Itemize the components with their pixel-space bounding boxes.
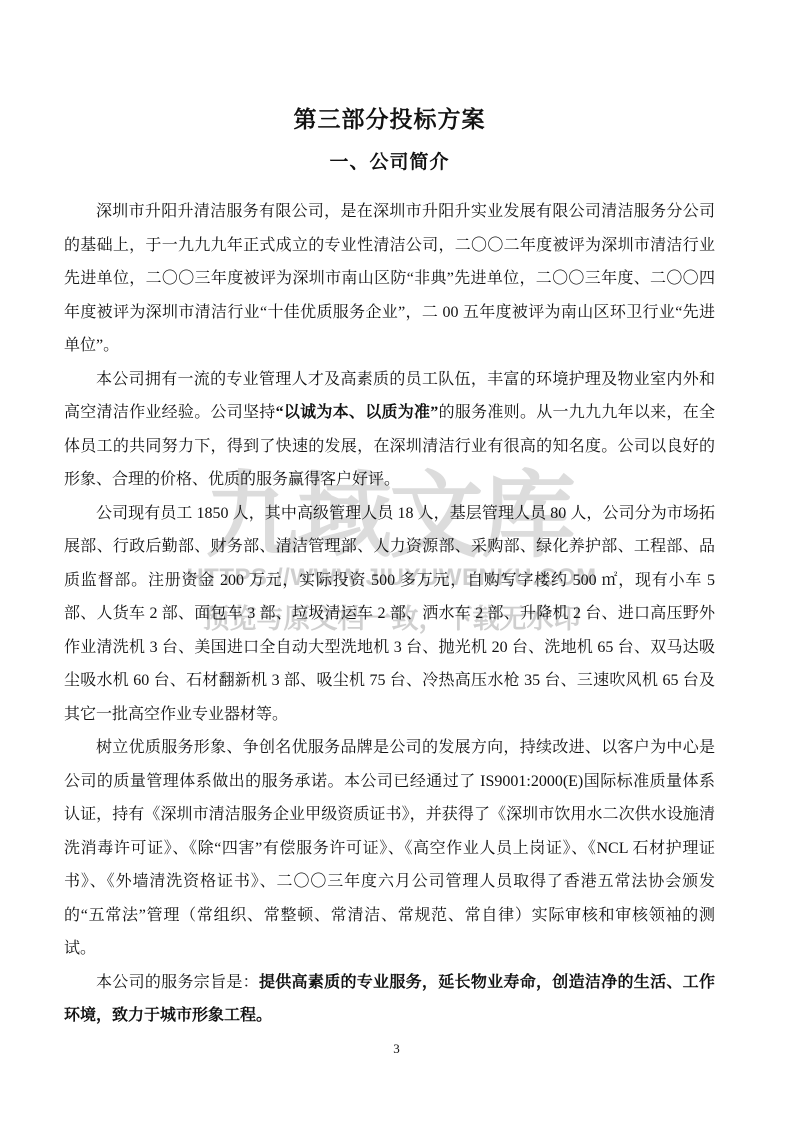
- paragraph: 树立优质服务形象、争创名优服务品牌是公司的发展方向，持续改进、以客户为中心是公司…: [64, 731, 715, 966]
- paragraph: 深圳市升阳升清洁服务有限公司，是在深圳市升阳升实业发展有限公司清洁服务分公司的基…: [64, 195, 715, 363]
- paragraph-run-bold: “以诚为本、以质为准”: [276, 404, 439, 421]
- paragraph: 本公司拥有一流的专业管理人才及高素质的员工队伍，丰富的环境护理及物业室内外和高空…: [64, 363, 715, 497]
- section-heading: 一、公司简介: [64, 151, 715, 175]
- paragraph-run: 本公司的服务宗旨是：: [96, 974, 259, 991]
- page-title: 第三部分投标方案: [64, 106, 715, 134]
- paragraph-run: 公司现有员工 1850 人，其中高级管理人员 18 人，基层管理人员 80 人，…: [64, 505, 715, 723]
- document-content: 第三部分投标方案 一、公司简介 深圳市升阳升清洁服务有限公司，是在深圳市升阳升实…: [64, 0, 715, 1033]
- paragraph: 本公司的服务宗旨是：提供高素质的专业服务，延长物业寿命，创造洁净的生活、工作环境…: [64, 966, 715, 1033]
- paragraphs: 深圳市升阳升清洁服务有限公司，是在深圳市升阳升实业发展有限公司清洁服务分公司的基…: [64, 195, 715, 1033]
- document-page: 九域文库 HTTPS://WWW.JIUYUWENKU.COM 预览与原文档一致…: [0, 0, 793, 1122]
- paragraph-run: 树立优质服务形象、争创名优服务品牌是公司的发展方向，持续改进、以客户为中心是公司…: [64, 739, 715, 957]
- paragraph: 公司现有员工 1850 人，其中高级管理人员 18 人，基层管理人员 80 人，…: [64, 497, 715, 732]
- paragraph-run: 深圳市升阳升清洁服务有限公司，是在深圳市升阳升实业发展有限公司清洁服务分公司的基…: [64, 203, 715, 354]
- page-number: 3: [0, 1041, 793, 1057]
